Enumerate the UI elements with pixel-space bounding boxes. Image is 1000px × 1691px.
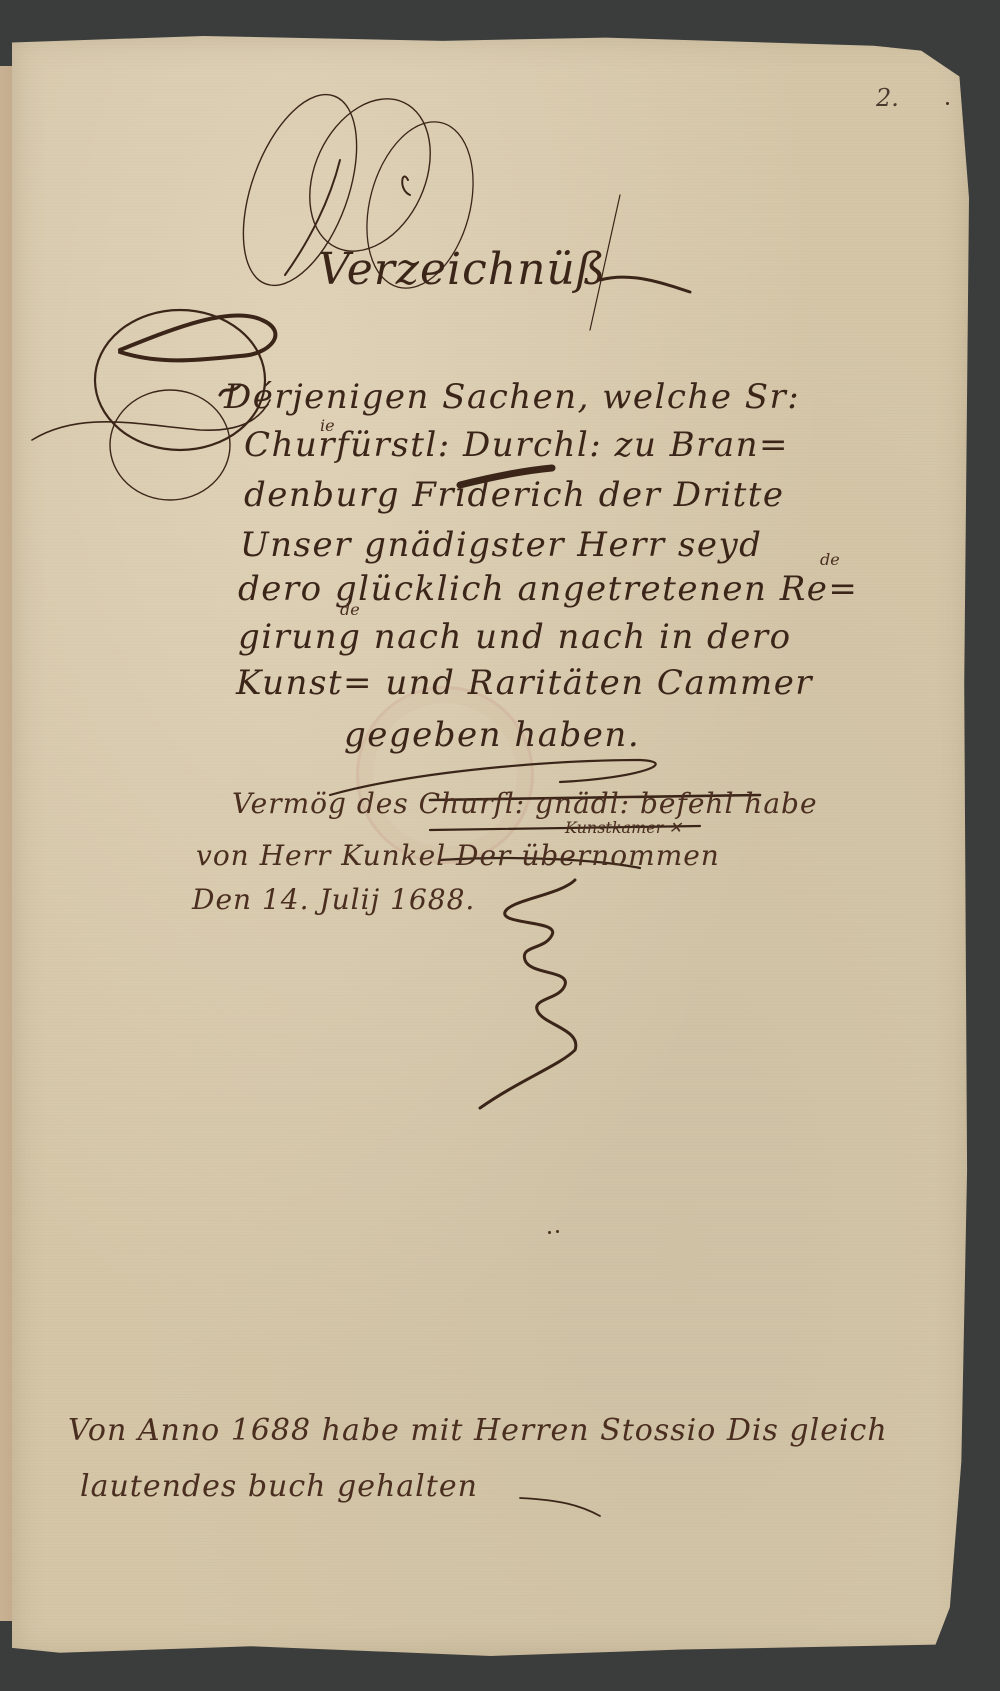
manuscript-viewer: 2. Verzeichnüß Dérjenigen Sachen, welche… — [0, 0, 1000, 1691]
body-line: girung nach und nach in dero — [238, 620, 792, 654]
body-line: Kunst= und Raritäten Cammer — [236, 666, 813, 700]
note-line: Vermög des Churfl: gnädl: befehl habe — [232, 790, 818, 818]
footer-note-line: lautendes buch gehalten — [80, 1472, 478, 1502]
document-heading: Verzeichnüß — [318, 248, 606, 292]
interlinear-insertion: ie — [320, 418, 335, 434]
body-line: Unser gnädigster Herr seyd — [240, 528, 762, 562]
ink-speck — [946, 102, 949, 105]
library-stamp — [356, 686, 534, 864]
note-date-line: Den 14. Julij 1688. — [192, 886, 475, 914]
note-insertion: Kunstkamer ✕ — [565, 820, 682, 836]
body-line: denburg Friderich der Dritte — [244, 478, 785, 512]
body-line: gegeben haben. — [344, 718, 640, 752]
body-line: dero glücklich angetretenen Re= — [238, 572, 858, 606]
footer-note-line: Von Anno 1688 habe mit Herren Stossio Di… — [68, 1416, 888, 1446]
ink-speck — [548, 1231, 551, 1234]
interlinear-insertion: de — [340, 602, 360, 618]
interlinear-insertion: de — [820, 552, 840, 568]
ink-speck — [556, 1230, 559, 1233]
page-number: 2. — [876, 86, 899, 110]
note-line: von Herr Kunkel Der übernommen — [196, 842, 720, 870]
body-line: Dérjenigen Sachen, welche Sr: — [224, 380, 800, 414]
